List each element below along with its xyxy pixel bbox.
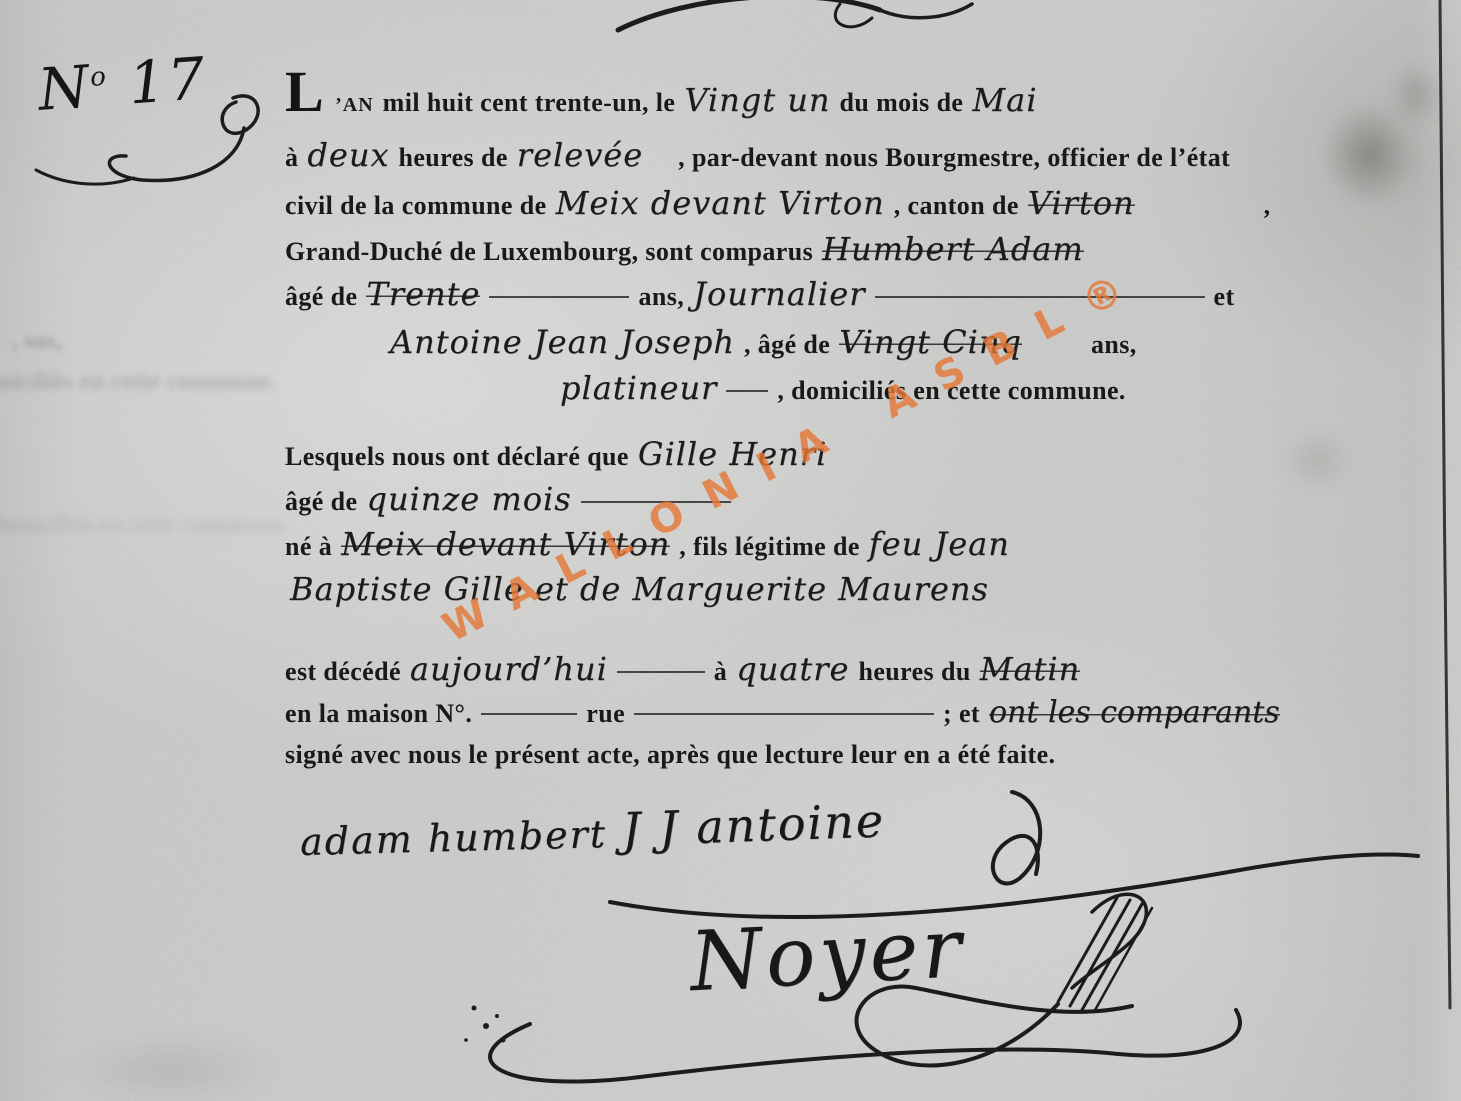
handwritten-month: Mai [972,81,1037,119]
handwritten-declarant-1: Humbert Adam [822,230,1084,268]
handwritten-birthplace: Meix devant Virton [341,525,670,563]
ruled-blank-line [481,712,577,715]
act-number-letter: N [36,52,93,124]
handwritten-profession-1: Journalier [693,275,865,313]
printed-text: du mois de [839,88,963,118]
act-line-8: Lesquels nous ont déclaré que Gille Henr… [285,435,827,473]
handwritten-age-2: Vingt Cinq [839,323,1022,361]
printed-text: signé avec nous le présent acte, après q… [285,740,1055,770]
handwritten-comparants-note: ont les comparants [989,695,1280,730]
printed-text: Grand-Duché de Luxembourg, sont comparus [285,237,813,267]
handwritten-death-period: Matin [980,650,1081,688]
handwritten-period: relevée [517,136,643,174]
printed-text: ans, [1091,330,1137,360]
act-number-value: 17 [126,44,208,117]
printed-text: âgé de [285,282,357,312]
printed-text: ans, [638,282,684,312]
scanned-death-record-page: { "page": { "act_number_letter": "N", "a… [0,0,1461,1101]
printed-text: né à [285,532,332,562]
handwritten-declarant-2: Antoine Jean Joseph [390,323,735,361]
act-number-ordinal: o [89,62,109,93]
act-line-4: Grand-Duché de Luxembourg, sont comparus… [285,230,1084,268]
ruled-blank-line [489,295,629,298]
act-line-7: platineur , domiciliés en cette commune. [560,369,1126,407]
ruled-blank-line [634,712,934,715]
printed-text: et [1214,282,1235,312]
handwritten-father: feu Jean [869,525,1010,563]
bleed-through-fragment: , sus, [12,328,62,355]
act-line-9: âgé de quinze mois [285,480,731,518]
printed-text: , par-devant nous Bourgmestre, officier … [678,143,1230,173]
signature-declarant-1: adam humbert [299,812,607,864]
printed-text: âgé de [285,487,357,517]
ruled-blank-line [581,500,731,503]
signature-officer: Noyer [688,901,968,1010]
printed-text: mil huit cent trente-un, le [383,88,676,118]
printed-text: heures de [398,143,507,173]
act-line-13: en la maison N°. rue ; et ont les compar… [285,695,1280,730]
handwritten-profession-2: platineur [560,369,717,407]
printed-text: Lesquels nous ont déclaré que [285,442,629,472]
act-line-12: est décédé aujourd’hui à quatre heures d… [285,650,1080,688]
handwritten-age-1: Trente [366,275,480,313]
printed-text: , canton de [894,191,1019,221]
act-number: No 17 [36,44,209,124]
printed-text: , fils légitime de [679,532,860,562]
act-line-3: civil de la commune de Meix devant Virto… [285,184,1271,222]
act-line-11: Baptiste Gille et de Marguerite Maurens [290,570,989,608]
printed-text: rue [586,699,625,729]
drop-cap: L [285,70,324,114]
printed-text: à [285,143,298,173]
ruled-blank-line [875,295,1205,298]
handwritten-death-hour: quatre [736,650,849,688]
printed-text: , domiciliés en cette commune. [777,376,1125,406]
printed-text: ; et [943,699,980,729]
printed-text: en la maison N°. [285,699,472,729]
handwritten-day: Vingt un [684,81,830,119]
handwritten-deceased-name: Gille Henri [638,435,827,473]
handwritten-parents: Baptiste Gille et de Marguerite Maurens [290,570,989,608]
printed-text: à [714,657,727,687]
handwritten-commune: Meix devant Virton [556,184,885,222]
printed-text: , [1264,191,1271,221]
act-line-5: âgé de Trente ans, Journalier et [285,275,1235,313]
act-line-6: Antoine Jean Joseph , âgé de Vingt Cinq … [390,323,1137,361]
printed-text: heures du [858,657,970,687]
act-line-2: à deux heures de relevée , par-devant no… [285,136,1230,174]
ruled-blank-line [726,389,768,392]
bleed-through-fragment: domiciliés en cette commune. [0,368,277,396]
printed-text: ’AN [335,94,374,117]
handwritten-canton: Virton [1028,184,1135,222]
act-line-1: L’AN mil huit cent trente-un, le Vingt u… [285,70,1037,119]
signature-declarant-2: J J antoine [621,793,886,856]
handwritten-hour: deux [307,136,389,174]
ruled-blank-line [617,670,705,673]
handwritten-deceased-age: quinze mois [366,480,571,518]
printed-text: est décédé [285,657,401,687]
printed-text: , âgé de [744,330,830,360]
bleed-through-fragment: domiciliés en cette commune. [0,512,289,539]
handwritten-death-day: aujourd’hui [410,650,608,688]
printed-text: civil de la commune de [285,191,547,221]
act-line-14: signé avec nous le présent acte, après q… [285,740,1055,770]
act-line-10: né à Meix devant Virton , fils légitime … [285,525,1010,563]
